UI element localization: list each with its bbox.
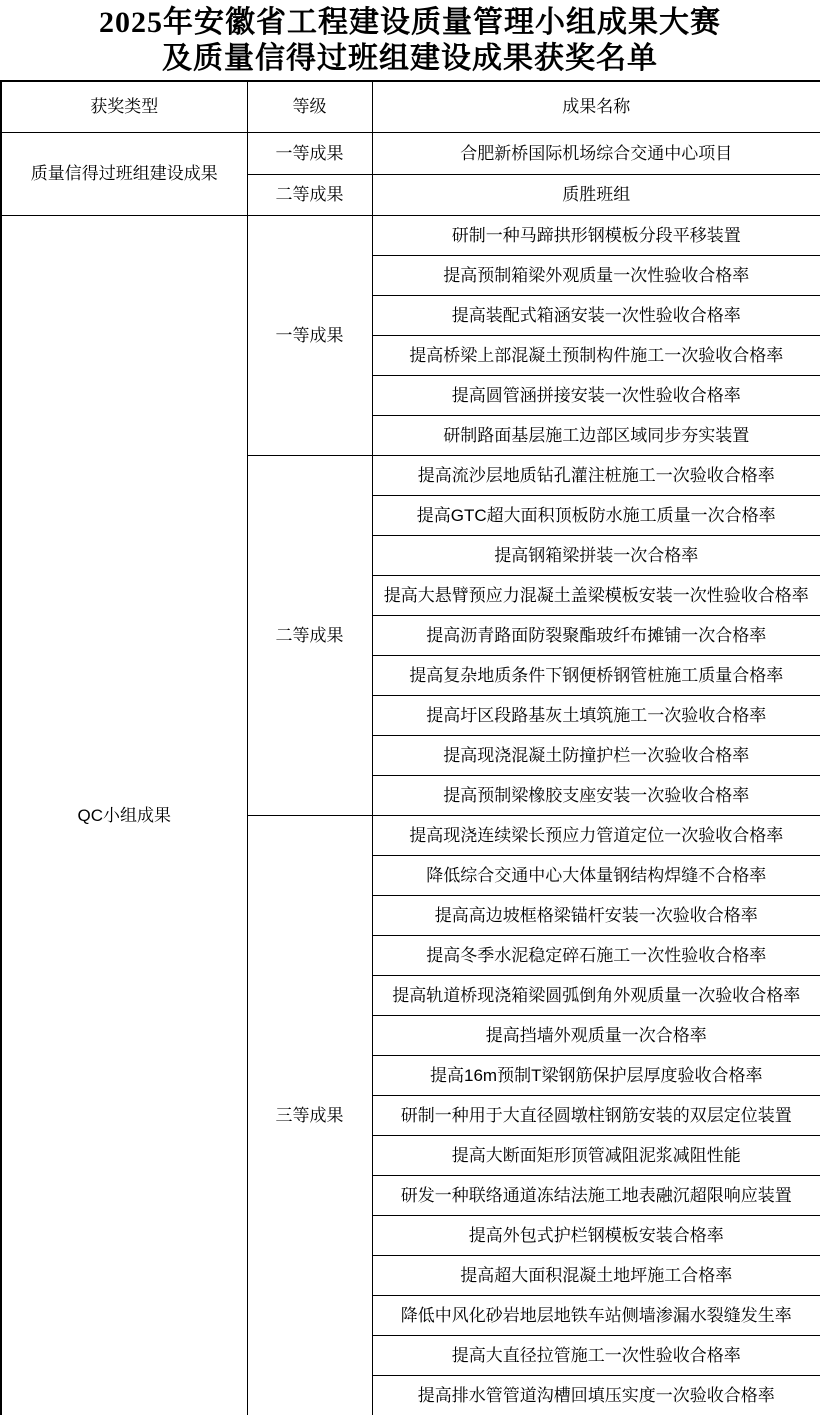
result-name-cell: 提高沥青路面防裂聚酯玻纤布摊铺一次合格率 xyxy=(372,616,820,656)
grade-cell: 二等成果 xyxy=(247,175,372,216)
header-row: 获奖类型 等级 成果名称 xyxy=(1,81,820,133)
result-name-cell: 提高大悬臂预应力混凝土盖梁模板安装一次性验收合格率 xyxy=(372,576,820,616)
result-name-cell: 提高GTC超大面积顶板防水施工质量一次合格率 xyxy=(372,496,820,536)
result-name-cell: 提高现浇混凝土防撞护栏一次验收合格率 xyxy=(372,736,820,776)
header-result-name: 成果名称 xyxy=(372,81,820,133)
header-award-type: 获奖类型 xyxy=(1,81,247,133)
result-name-cell: 降低中风化砂岩地层地铁车站侧墙渗漏水裂缝发生率 xyxy=(372,1296,820,1336)
result-name-cell: 提高超大面积混凝土地坪施工合格率 xyxy=(372,1256,820,1296)
result-name-cell: 提高预制箱梁外观质量一次性验收合格率 xyxy=(372,256,820,296)
result-name-cell: 提高大直径拉管施工一次性验收合格率 xyxy=(372,1336,820,1376)
result-name-cell: 提高圆管涵拼接安装一次性验收合格率 xyxy=(372,376,820,416)
result-name-cell: 研制一种用于大直径圆墩柱钢筋安装的双层定位装置 xyxy=(372,1096,820,1136)
grade-cell: 二等成果 xyxy=(247,456,372,816)
result-name-cell: 降低综合交通中心大体量钢结构焊缝不合格率 xyxy=(372,856,820,896)
grade-cell: 一等成果 xyxy=(247,133,372,175)
result-name-cell: 提高复杂地质条件下钢便桥钢管桩施工质量合格率 xyxy=(372,656,820,696)
table-row: 质量信得过班组建设成果 一等成果 合肥新桥国际机场综合交通中心项目 xyxy=(1,133,820,175)
result-name-cell: 提高预制梁橡胶支座安装一次验收合格率 xyxy=(372,776,820,816)
result-name-cell: 提高外包式护栏钢模板安装合格率 xyxy=(372,1216,820,1256)
result-name-cell: 提高大断面矩形顶管减阻泥浆减阻性能 xyxy=(372,1136,820,1176)
award-type-cell-qc-group: QC小组成果 xyxy=(1,216,247,1415)
grade-cell: 三等成果 xyxy=(247,816,372,1415)
result-name-cell: 质胜班组 xyxy=(372,175,820,216)
result-name-cell: 提高冬季水泥稳定碎石施工一次性验收合格率 xyxy=(372,936,820,976)
result-name-cell: 研发一种联络通道冻结法施工地表融沉超限响应装置 xyxy=(372,1176,820,1216)
result-name-cell: 提高排水管管道沟槽回填压实度一次验收合格率 xyxy=(372,1376,820,1415)
result-name-cell: 提高流沙层地质钻孔灌注桩施工一次验收合格率 xyxy=(372,456,820,496)
result-name-cell: 研制一种马蹄拱形钢模板分段平移装置 xyxy=(372,216,820,256)
result-name-cell: 提高现浇连续梁长预应力管道定位一次验收合格率 xyxy=(372,816,820,856)
page-title-line2: 及质量信得过班组建设成果获奖名单 xyxy=(0,41,820,77)
result-name-cell: 提高圩区段路基灰土填筑施工一次验收合格率 xyxy=(372,696,820,736)
result-name-cell: 提高钢箱梁拼装一次合格率 xyxy=(372,536,820,576)
result-name-cell: 提高轨道桥现浇箱梁圆弧倒角外观质量一次验收合格率 xyxy=(372,976,820,1016)
result-name-cell: 提高挡墙外观质量一次合格率 xyxy=(372,1016,820,1056)
result-name-cell: 研制路面基层施工边部区域同步夯实装置 xyxy=(372,416,820,456)
result-name-cell: 合肥新桥国际机场综合交通中心项目 xyxy=(372,133,820,175)
document-page: 2025年安徽省工程建设质量管理小组成果大赛 及质量信得过班组建设成果获奖名单 … xyxy=(0,0,820,1415)
table-row: QC小组成果 一等成果 研制一种马蹄拱形钢模板分段平移装置 xyxy=(1,216,820,256)
result-name-cell: 提高桥梁上部混凝土预制构件施工一次验收合格率 xyxy=(372,336,820,376)
result-name-cell: 提高高边坡框格梁锚杆安装一次验收合格率 xyxy=(372,896,820,936)
page-title: 2025年安徽省工程建设质量管理小组成果大赛 及质量信得过班组建设成果获奖名单 xyxy=(0,0,820,80)
awards-table: 获奖类型 等级 成果名称 质量信得过班组建设成果 一等成果 合肥新桥国际机场综合… xyxy=(0,80,820,1415)
award-type-cell-credit-team: 质量信得过班组建设成果 xyxy=(1,133,247,216)
result-name-cell: 提高装配式箱涵安装一次性验收合格率 xyxy=(372,296,820,336)
page-title-line1: 2025年安徽省工程建设质量管理小组成果大赛 xyxy=(0,5,820,41)
grade-cell: 一等成果 xyxy=(247,216,372,456)
result-name-cell: 提高16m预制T梁钢筋保护层厚度验收合格率 xyxy=(372,1056,820,1096)
header-grade: 等级 xyxy=(247,81,372,133)
